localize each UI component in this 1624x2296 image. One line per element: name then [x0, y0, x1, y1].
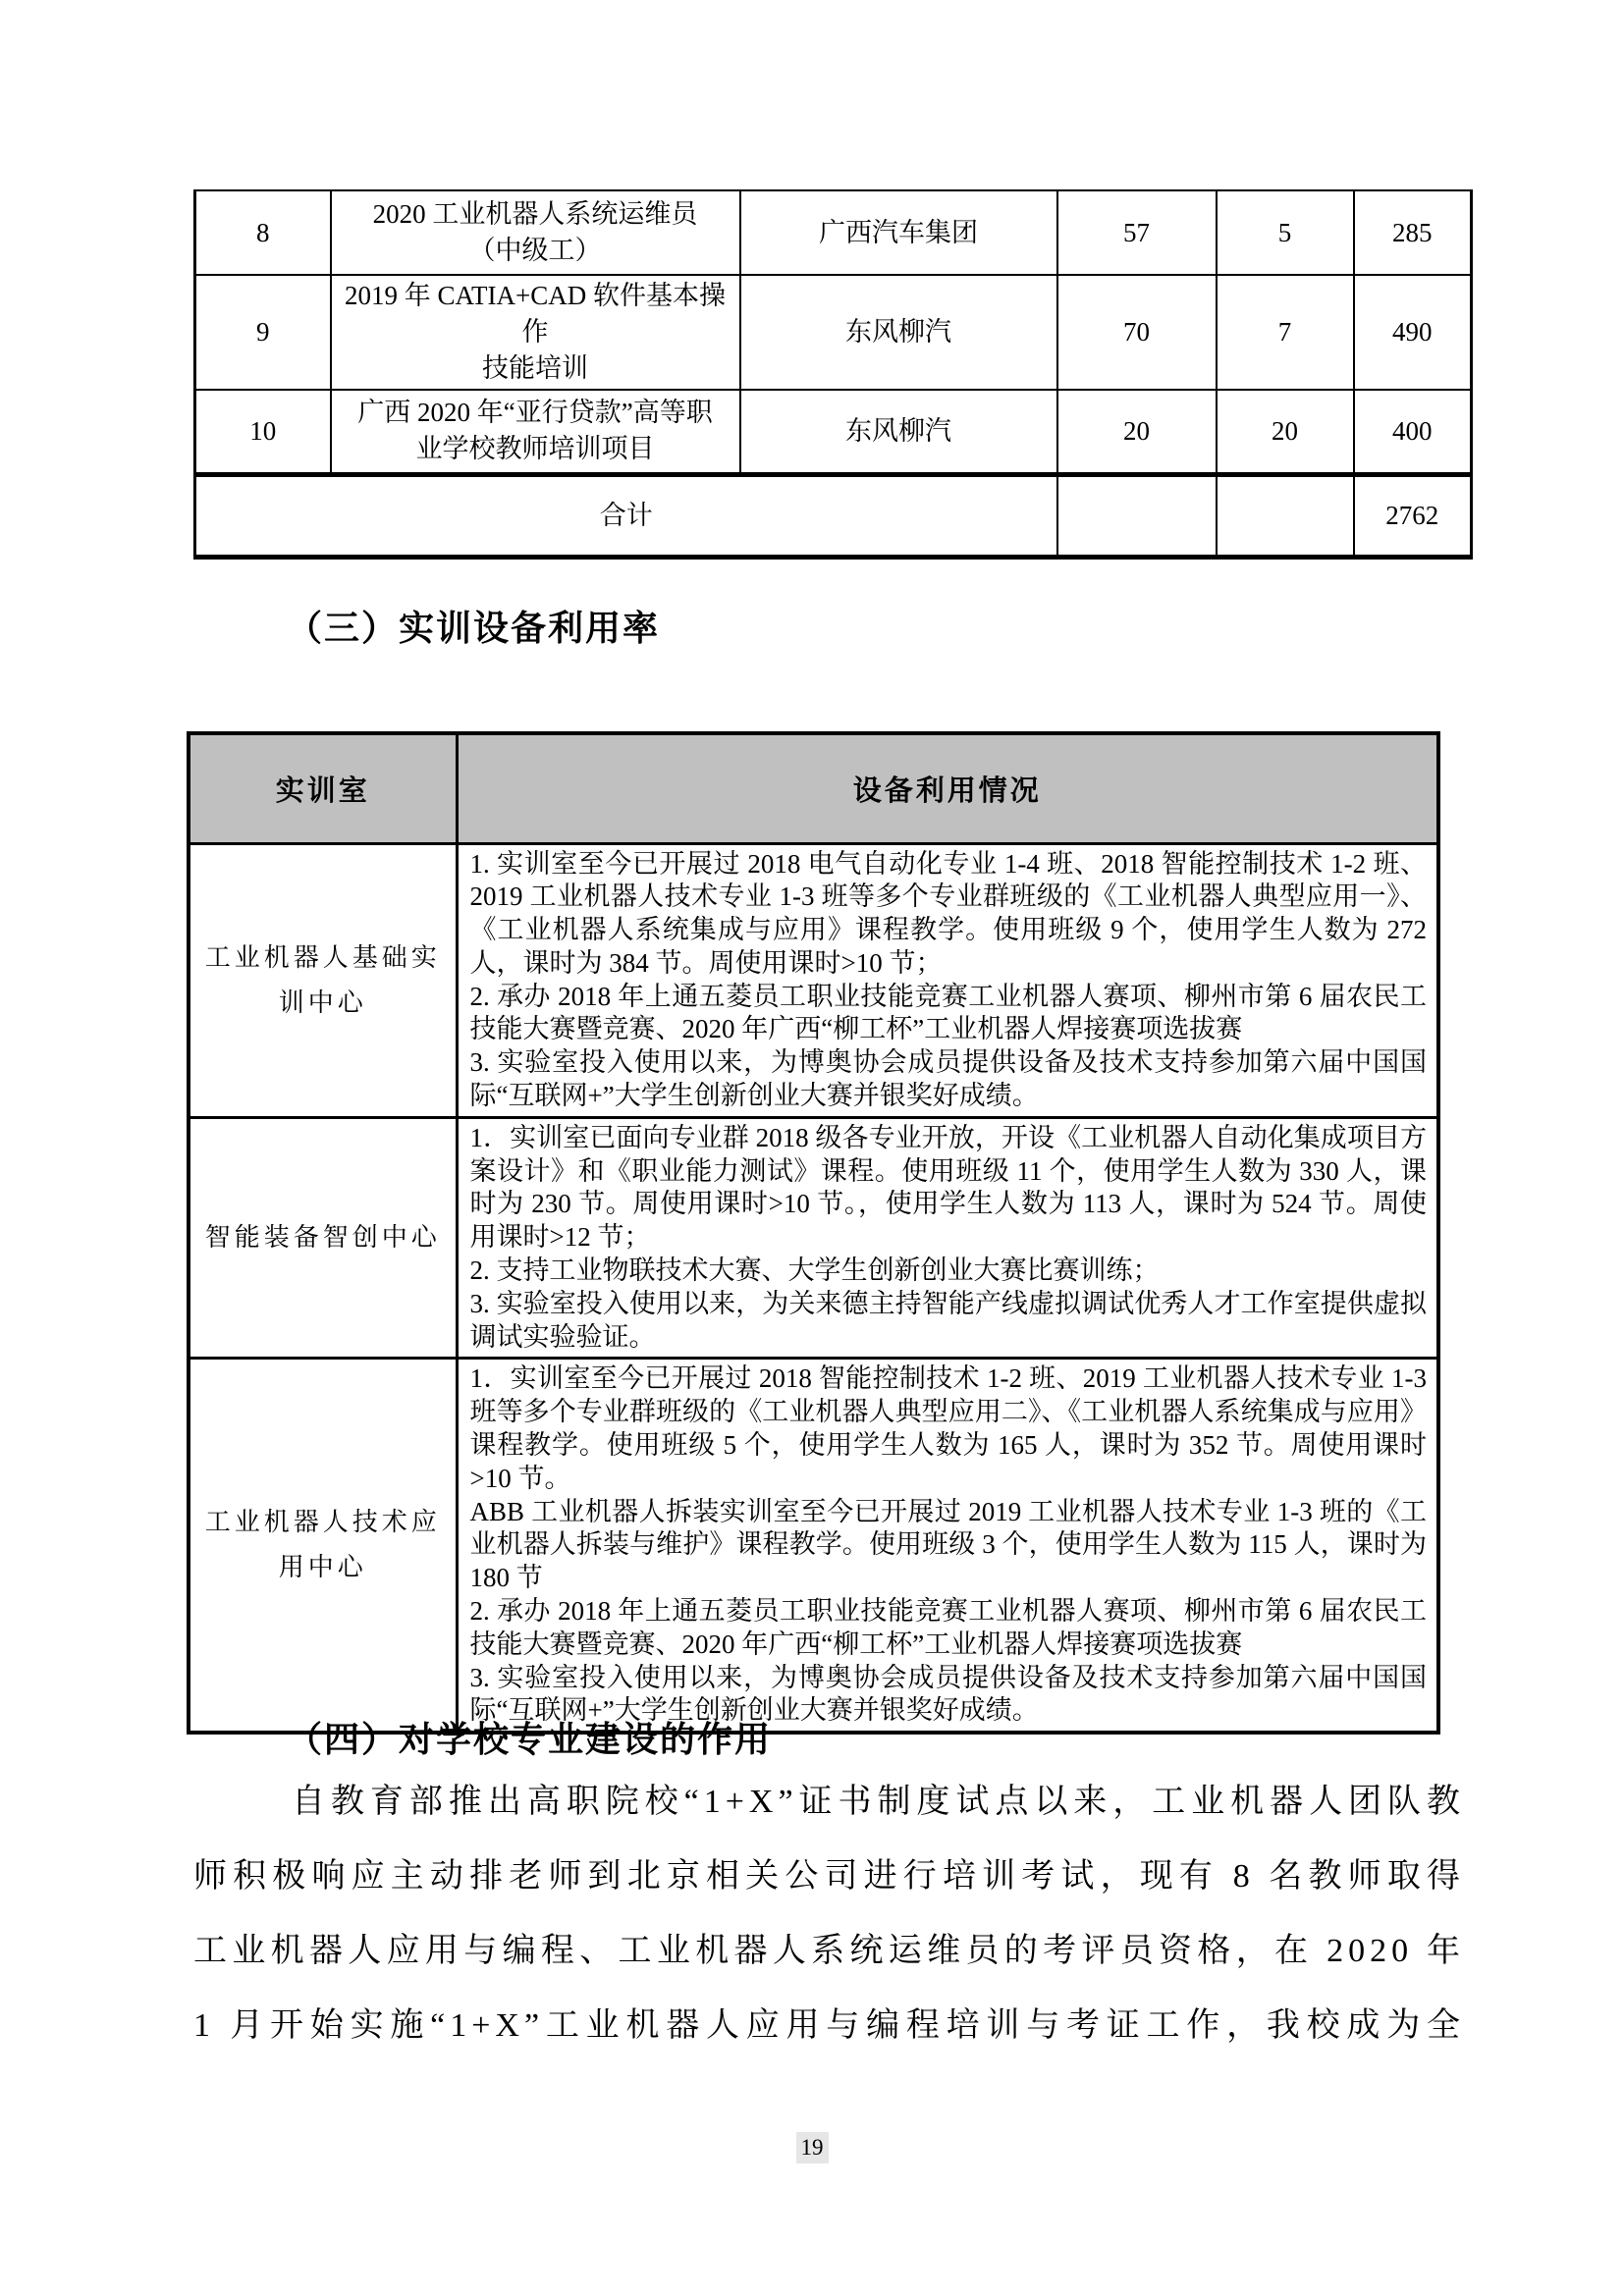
column-header-room: 实训室: [189, 733, 457, 843]
page-number: 19: [796, 2132, 829, 2163]
value-cell: 20: [1057, 390, 1217, 474]
value-cell: 490: [1354, 275, 1472, 390]
section-heading-equipment-utilization: （三）实训设备利用率: [287, 601, 660, 651]
room-name-cell: 智能装备智创中心: [189, 1117, 457, 1359]
body-paragraph: 自教育部推出高职院校“1+X”证书制度试点以来，工业机器人团队教师积极响应主动排…: [193, 1765, 1465, 2063]
project-name-cell: 2019 年 CATIA+CAD 软件基本操作 技能培训: [331, 275, 740, 390]
company-cell: 广西汽车集团: [740, 190, 1057, 275]
value-cell: 400: [1354, 390, 1472, 474]
value-cell: 5: [1217, 190, 1354, 275]
row-number-cell: 8: [195, 190, 331, 275]
page-footer: 19: [0, 2132, 1624, 2163]
project-name-cell: 2020 工业机器人系统运维员 （中级工）: [331, 190, 740, 275]
table-header-row: 实训室 设备利用情况: [189, 733, 1438, 843]
company-cell: 东风柳汽: [740, 390, 1057, 474]
table-row: 工业机器人基础实 训中心 1. 实训室至今已开展过 2018 电气自动化专业 1…: [189, 843, 1438, 1117]
table-row: 工业机器人技术应 用中心 1．实训室至今已开展过 2018 智能控制技术 1-2…: [189, 1359, 1438, 1733]
table-row: 10 广西 2020 年“亚行贷款”高等职 业学校教师培训项目 东风柳汽 20 …: [195, 390, 1472, 474]
equipment-utilization-table: 实训室 设备利用情况 工业机器人基础实 训中心 1. 实训室至今已开展过 201…: [187, 731, 1440, 1735]
table-row: 9 2019 年 CATIA+CAD 软件基本操作 技能培训 东风柳汽 70 7…: [195, 275, 1472, 390]
value-cell: 285: [1354, 190, 1472, 275]
value-cell: 70: [1057, 275, 1217, 390]
total-row: 合计 2762: [195, 474, 1472, 557]
table-row: 智能装备智创中心 1．实训室已面向专业群 2018 级各专业开放，开设《工业机器…: [189, 1117, 1438, 1359]
column-header-usage: 设备利用情况: [457, 733, 1438, 843]
training-projects-table: 8 2020 工业机器人系统运维员 （中级工） 广西汽车集团 57 5 285 …: [193, 189, 1473, 560]
section-heading-professional-construction: （四）对学校专业建设的作用: [287, 1712, 772, 1762]
empty-cell: [1057, 474, 1217, 557]
total-label-cell: 合计: [195, 474, 1057, 557]
value-cell: 20: [1217, 390, 1354, 474]
value-cell: 57: [1057, 190, 1217, 275]
project-name-cell: 广西 2020 年“亚行贷款”高等职 业学校教师培训项目: [331, 390, 740, 474]
company-cell: 东风柳汽: [740, 275, 1057, 390]
total-value-cell: 2762: [1354, 474, 1472, 557]
table-row: 8 2020 工业机器人系统运维员 （中级工） 广西汽车集团 57 5 285: [195, 190, 1472, 275]
usage-detail-cell: 1. 实训室至今已开展过 2018 电气自动化专业 1-4 班、2018 智能控…: [457, 843, 1438, 1117]
empty-cell: [1217, 474, 1354, 557]
room-name-cell: 工业机器人技术应 用中心: [189, 1359, 457, 1733]
row-number-cell: 9: [195, 275, 331, 390]
value-cell: 7: [1217, 275, 1354, 390]
room-name-cell: 工业机器人基础实 训中心: [189, 843, 457, 1117]
document-page: 8 2020 工业机器人系统运维员 （中级工） 广西汽车集团 57 5 285 …: [0, 0, 1624, 2296]
usage-detail-cell: 1．实训室已面向专业群 2018 级各专业开放，开设《工业机器人自动化集成项目方…: [457, 1117, 1438, 1359]
row-number-cell: 10: [195, 390, 331, 474]
usage-detail-cell: 1．实训室至今已开展过 2018 智能控制技术 1-2 班、2019 工业机器人…: [457, 1359, 1438, 1733]
